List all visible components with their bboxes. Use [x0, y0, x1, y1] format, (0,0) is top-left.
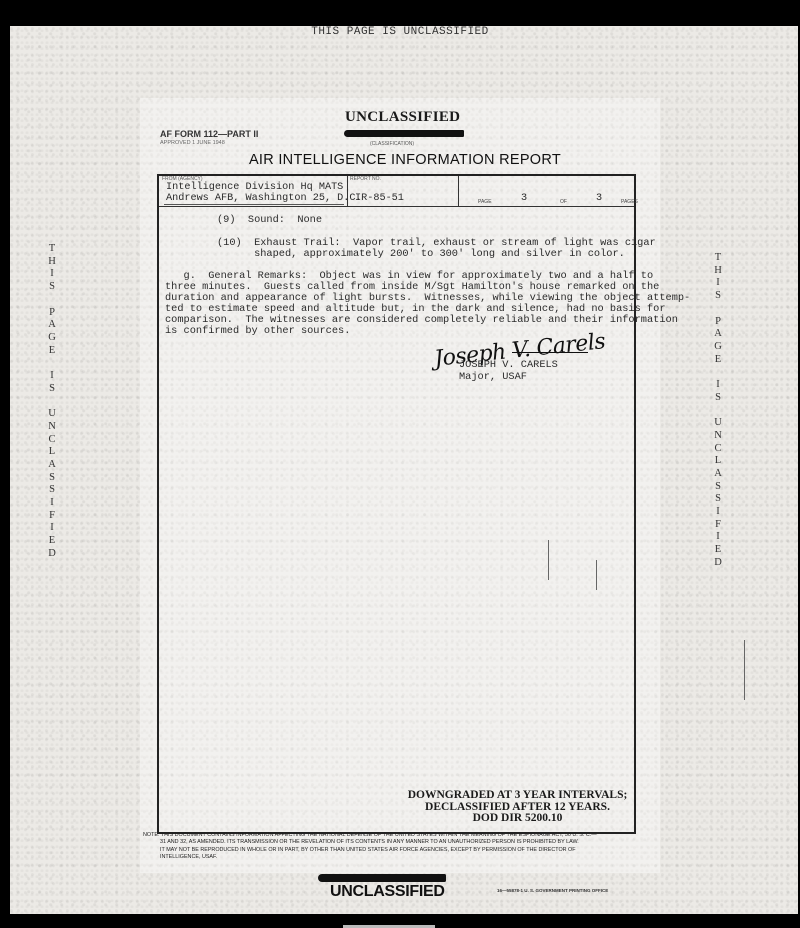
banner-letter: I [711, 506, 725, 519]
form-approved-date: APPROVED 1 JUNE 1948 [160, 140, 225, 146]
banner-letter: A [45, 319, 59, 332]
banner-letter: T [711, 252, 725, 265]
signer-name: JOSEPH V. CARELS [459, 359, 558, 371]
classification-caption: (CLASSIFICATION) [370, 141, 414, 147]
banner-letter: A [45, 459, 59, 472]
banner-letter [711, 366, 725, 379]
report-header-row: FROM (Agency) Intelligence Division Hq M… [159, 176, 634, 207]
banner-letter [711, 303, 725, 316]
banner-letter: L [45, 446, 59, 459]
banner-letter: E [45, 535, 59, 548]
banner-letter: S [45, 281, 59, 294]
banner-letter: N [45, 421, 59, 434]
item-9-sound: (9) Sound: None [217, 214, 322, 226]
scan-artifact [744, 640, 745, 700]
from-line-2: Andrews AFB, Washington 25, D.C. [166, 193, 362, 204]
banner-letter: U [45, 408, 59, 421]
banner-letter: D [45, 548, 59, 561]
from-line-1: Intelligence Division Hq MATS [166, 182, 343, 193]
total-pages: 3 [596, 193, 602, 204]
banner-letter: A [711, 328, 725, 341]
banner-letter: C [711, 443, 725, 456]
banner-letter: E [711, 354, 725, 367]
printer-imprint: 16—55878-1 U. S. GOVERNMENT PRINTING OFF… [497, 888, 608, 893]
from-underline [164, 204, 344, 205]
note-line: IT MAY NOT BE REPRODUCED IN WHOLE OR IN … [143, 847, 643, 854]
top-classification-banner: THIS PAGE IS UNCLASSIFIED [0, 26, 800, 38]
banner-letter: S [45, 472, 59, 485]
page-cell: PAGE 3 OF 3 PAGES [458, 176, 634, 206]
pages-label: PAGES [621, 199, 638, 205]
report-title: AIR INTELLIGENCE INFORMATION REPORT [0, 152, 800, 168]
banner-letter: C [45, 434, 59, 447]
banner-letter: G [45, 332, 59, 345]
banner-letter: S [711, 290, 725, 303]
classification-bottom: UNCLASSIFIED [330, 883, 445, 901]
downgrade-line: DOWNGRADED AT 3 YEAR INTERVALS; [395, 790, 640, 802]
banner-letter: E [711, 544, 725, 557]
banner-letter [45, 395, 59, 408]
note-line: 31 AND 32, AS AMENDED. ITS TRANSMISSION … [143, 839, 643, 846]
banner-letter [45, 294, 59, 307]
signer-rank: Major, USAF [459, 371, 527, 383]
note-line: INTELLIGENCE, USAF. [143, 854, 643, 861]
banner-letter: U [711, 417, 725, 430]
report-number: IR-85-51 [355, 193, 404, 204]
from-cell: FROM (Agency) Intelligence Division Hq M… [159, 176, 348, 206]
banner-letter: N [711, 430, 725, 443]
banner-letter: H [45, 256, 59, 269]
banner-letter: I [711, 531, 725, 544]
redaction-strike-bottom [318, 874, 446, 882]
banner-letter: D [711, 557, 725, 570]
right-classification-banner: THISPAGEISUNCLASSIFIED [711, 252, 725, 570]
banner-letter: I [45, 497, 59, 510]
item-10-exhaust-trail-line-2: shaped, approximately 200' to 300' long … [217, 248, 625, 260]
banner-letter: I [45, 370, 59, 383]
downgrade-line: DOD DIR 5200.10 [395, 813, 640, 825]
note-line: NOTE: THIS DOCUMENT CONTAINS INFORMATION… [143, 832, 597, 838]
scan-artifact [548, 540, 549, 580]
banner-letter: E [45, 345, 59, 358]
banner-letter: T [45, 243, 59, 256]
page-label: PAGE [478, 199, 492, 205]
banner-letter [711, 404, 725, 417]
banner-letter: S [45, 383, 59, 396]
banner-letter: F [45, 510, 59, 523]
banner-letter: L [711, 455, 725, 468]
banner-letter: S [711, 493, 725, 506]
banner-letter: H [711, 265, 725, 278]
banner-letter: S [711, 392, 725, 405]
report-number-cell: REPORT NO. IR-85-51 [347, 176, 459, 206]
downgrade-stamp: DOWNGRADED AT 3 YEAR INTERVALS; DECLASSI… [395, 790, 640, 825]
page-number: 3 [521, 193, 527, 204]
signature-underline [512, 352, 588, 353]
of-label: OF [560, 199, 567, 205]
banner-letter: S [45, 484, 59, 497]
banner-letter: A [711, 468, 725, 481]
banner-letter: G [711, 341, 725, 354]
banner-letter: P [45, 307, 59, 320]
banner-letter: P [711, 316, 725, 329]
banner-letter: I [711, 379, 725, 392]
form-id: AF FORM 112—PART II [160, 129, 258, 139]
banner-letter [45, 357, 59, 370]
left-classification-banner: THISPAGEISUNCLASSIFIED [45, 243, 59, 561]
report-number-label: REPORT NO. [350, 176, 381, 182]
banner-letter: I [45, 522, 59, 535]
classification-top: UNCLASSIFIED [345, 109, 460, 126]
banner-letter: I [45, 268, 59, 281]
banner-letter: F [711, 519, 725, 532]
scan-artifact [596, 560, 597, 590]
espionage-act-note: NOTE: THIS DOCUMENT CONTAINS INFORMATION… [143, 832, 643, 861]
redaction-strike-top [344, 130, 464, 137]
banner-letter: I [711, 277, 725, 290]
remarks-line: is confirmed by other sources. [165, 325, 350, 337]
banner-letter: S [711, 481, 725, 494]
